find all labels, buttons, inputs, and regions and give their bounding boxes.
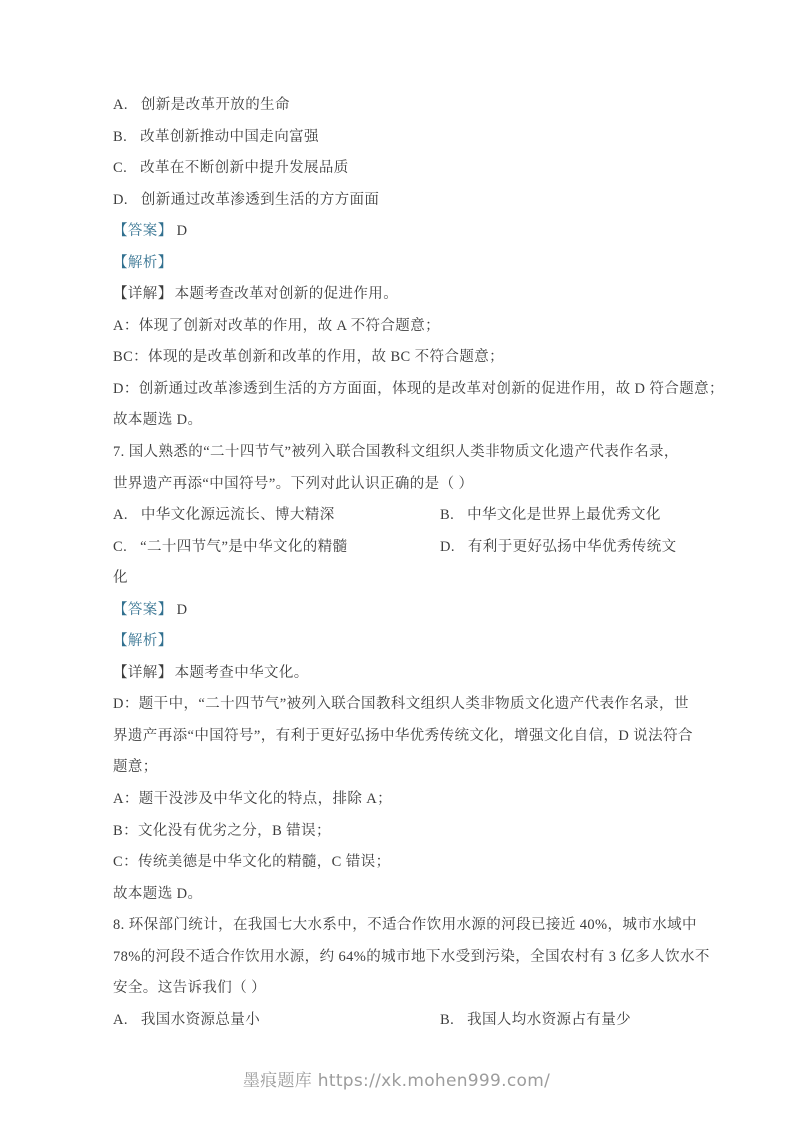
q8-stem-line-3: 安全。这告诉我们（ ） xyxy=(113,973,753,1005)
q8-option-b-label: B. xyxy=(440,1012,454,1028)
q6-option-a-label: A. xyxy=(113,97,128,113)
footer-site-url: https://xk.mohen999.com/ xyxy=(318,1071,550,1091)
q8-option-a-label: A. xyxy=(113,1012,128,1028)
q7-option-b-label: B. xyxy=(440,507,454,523)
q6-option-a-text: 创新是改革开放的生命 xyxy=(141,97,290,113)
q8-stem-line-1: 8. 环保部门统计，在我国七大水系中，不适合作饮用水源的河段已接近 40%，城市… xyxy=(113,910,753,942)
q7-explanation-line-6: C：传统美德是中华文化的精髓，C 错误； xyxy=(113,847,753,879)
q7-option-d-label: D. xyxy=(440,539,455,555)
q6-detail-line: 【详解】本题考查改革对创新的促进作用。 xyxy=(113,279,753,311)
q7-option-b-text: 中华文化是世界上最优秀文化 xyxy=(467,507,661,523)
q8-stem-line-2: 78%的河段不适合作饮用水源，约 64%的城市地下水受到污染，全国农村有 3 亿… xyxy=(113,942,753,974)
q6-explanation-line-3: D：创新通过改革渗透到生活的方方面面，体现的是改革对创新的促进作用，故 D 符合… xyxy=(113,374,753,406)
q7-explanation-line-3: 题意； xyxy=(113,752,753,784)
q7-option-d-overflow: 化 xyxy=(113,563,753,595)
q7-stem-line-1: 7. 国人熟悉的“二十四节气”被列入联合国教科文组织人类非物质文化遗产代表作名录… xyxy=(113,437,753,469)
q6-answer-value: D xyxy=(177,223,188,239)
q7-option-a-text: 中华文化源远流长、博大精深 xyxy=(141,507,335,523)
q6-answer-line: 【答案】D xyxy=(113,216,753,248)
q7-detail-tag: 【详解】 xyxy=(113,665,173,681)
q6-option-b: B.改革创新推动中国走向富强 xyxy=(113,122,753,154)
exam-content: A.创新是改革开放的生命 B.改革创新推动中国走向富强 C.改革在不断创新中提升… xyxy=(113,90,753,1036)
q8-option-b: B.我国人均水资源占有量少 xyxy=(440,1005,631,1037)
q7-explanation-line-2: 界遗产再添“中国符号”，有利于更好弘扬中华优秀传统文化，增强文化自信，D 说法符… xyxy=(113,721,753,753)
q7-option-b: B.中华文化是世界上最优秀文化 xyxy=(440,500,661,532)
q7-analysis-tag: 【解析】 xyxy=(113,633,173,649)
q6-answer-tag: 【答案】 xyxy=(113,223,173,239)
q7-option-row-cd: C.“二十四节气”是中华文化的精髓 D.有利于更好弘扬中华优秀传统文 xyxy=(113,532,753,564)
q6-explanation-line-2: BC：体现的是改革创新和改革的作用，故 BC 不符合题意； xyxy=(113,342,753,374)
q7-option-c-label: C. xyxy=(113,539,127,555)
q8-option-row-ab: A.我国水资源总量小 B.我国人均水资源占有量少 xyxy=(113,1005,753,1037)
q7-option-row-ab: A.中华文化源远流长、博大精深 B.中华文化是世界上最优秀文化 xyxy=(113,500,753,532)
q6-option-b-label: B. xyxy=(113,129,127,145)
q6-option-b-text: 改革创新推动中国走向富强 xyxy=(140,129,319,145)
q7-explanation-line-4: A：题干没涉及中华文化的特点，排除 A； xyxy=(113,784,753,816)
footer-site-name: 墨痕题库 xyxy=(243,1071,312,1091)
q6-detail-tag: 【详解】 xyxy=(113,286,173,302)
q7-detail-line: 【详解】本题考查中华文化。 xyxy=(113,658,753,690)
q6-option-c: C.改革在不断创新中提升发展品质 xyxy=(113,153,753,185)
q6-detail-text: 本题考查改革对创新的促进作用。 xyxy=(175,286,399,302)
document-page: A.创新是改革开放的生命 B.改革创新推动中国走向富强 C.改革在不断创新中提升… xyxy=(0,0,793,1122)
q6-analysis-line: 【解析】 xyxy=(113,248,753,280)
q7-analysis-line: 【解析】 xyxy=(113,626,753,658)
q6-option-a: A.创新是改革开放的生命 xyxy=(113,90,753,122)
q6-option-c-label: C. xyxy=(113,160,127,176)
q7-detail-text: 本题考查中华文化。 xyxy=(175,665,309,681)
footer-watermark: 墨痕题库 https://xk.mohen999.com/ xyxy=(0,1066,793,1091)
q7-answer-tag: 【答案】 xyxy=(113,602,173,618)
q7-answer-value: D xyxy=(177,602,188,618)
q8-option-a-text: 我国水资源总量小 xyxy=(141,1012,260,1028)
q7-option-c-text: “二十四节气”是中华文化的精髓 xyxy=(140,539,347,555)
q7-option-a-label: A. xyxy=(113,507,128,523)
q7-option-d: D.有利于更好弘扬中华优秀传统文 xyxy=(440,532,677,564)
q6-analysis-tag: 【解析】 xyxy=(113,255,173,271)
q6-option-d-text: 创新通过改革渗透到生活的方方面面 xyxy=(141,192,379,208)
q6-conclusion-line: 故本题选 D。 xyxy=(113,405,753,437)
q7-option-a: A.中华文化源远流长、博大精深 xyxy=(113,507,335,523)
q6-option-c-text: 改革在不断创新中提升发展品质 xyxy=(140,160,349,176)
q7-explanation-line-5: B：文化没有优劣之分，B 错误； xyxy=(113,816,753,848)
q7-conclusion-line: 故本题选 D。 xyxy=(113,879,753,911)
q8-option-b-text: 我国人均水资源占有量少 xyxy=(467,1012,631,1028)
q6-explanation-line-1: A：体现了创新对改革的作用，故 A 不符合题意； xyxy=(113,311,753,343)
q6-option-d: D.创新通过改革渗透到生活的方方面面 xyxy=(113,185,753,217)
q7-option-d-text: 有利于更好弘扬中华优秀传统文 xyxy=(468,539,677,555)
q7-stem-line-2: 世界遗产再添“中国符号”。下列对此认识正确的是（ ） xyxy=(113,469,753,501)
q7-option-c: C.“二十四节气”是中华文化的精髓 xyxy=(113,539,347,555)
q7-explanation-line-1: D：题干中，“二十四节气”被列入联合国教科文组织人类非物质文化遗产代表作名录，世 xyxy=(113,689,753,721)
q6-option-d-label: D. xyxy=(113,192,128,208)
q7-answer-line: 【答案】D xyxy=(113,595,753,627)
q8-option-a: A.我国水资源总量小 xyxy=(113,1012,260,1028)
